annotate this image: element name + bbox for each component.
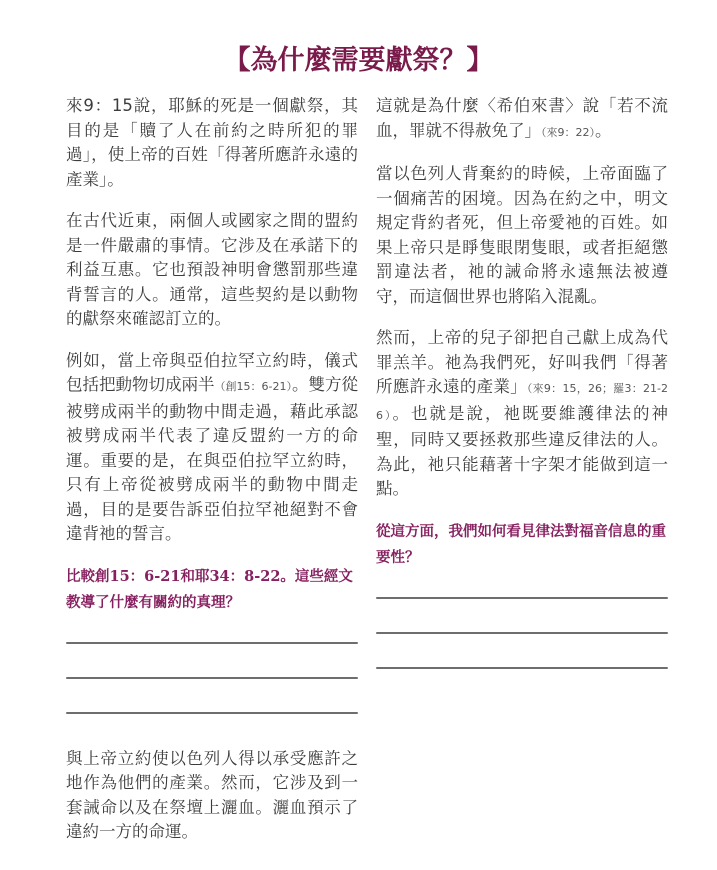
paragraph-hebrews-9-22: 這就是為什麼〈希伯來書〉說「若不流血，罪就不得赦免了」（來9：22）。 <box>376 94 668 145</box>
paragraph-text: 。雙方從被劈成兩半的動物中間走過，藉此承認被劈成兩半代表了違反盟約一方的命運。重… <box>66 375 358 543</box>
right-column: 這就是為什麼〈希伯來書〉說「若不流血，罪就不得赦免了」（來9：22）。 當以色列… <box>376 94 668 702</box>
answer-line[interactable] <box>66 712 358 714</box>
scripture-reference: （創15：6-21） <box>215 380 292 393</box>
answer-line[interactable] <box>376 597 668 599</box>
answer-line[interactable] <box>376 632 668 634</box>
discussion-question-1: 比較創15：6-21和耶34：8-22。這些經文教導了什麼有關約的真理？ <box>66 564 358 616</box>
paragraph-son-sacrifice: 然而，上帝的兒子卻把自己獻上成為代罪羔羊。祂為我們死，好叫我們「得著所應許永遠的… <box>376 326 668 502</box>
paragraph-hebrews-9-15: 來9：15說，耶穌的死是一個獻祭，其目的是「贖了人在前約之時所犯的罪過」，使上帝… <box>66 94 358 192</box>
answer-line[interactable] <box>66 677 358 679</box>
paragraph-abraham-covenant: 例如，當上帝與亞伯拉罕立約時，儀式包括把動物切成兩半（創15：6-21）。雙方從… <box>66 349 358 547</box>
paragraph-text: 。 <box>595 121 612 140</box>
answer-line[interactable] <box>66 642 358 644</box>
paragraph-covenant-blood: 與上帝立約使以色列人得以承受應許之地作為他們的產業。然而，它涉及到一套誡命以及在… <box>66 747 358 845</box>
answer-line[interactable] <box>376 667 668 669</box>
paragraph-ancient-covenants: 在古代近東，兩個人或國家之間的盟約是一件嚴肅的事情。它涉及在承諾下的利益互惠。它… <box>66 209 358 332</box>
page-title: 【為什麼需要獻祭？】 <box>0 38 717 77</box>
left-column: 來9：15說，耶穌的死是一個獻祭，其目的是「贖了人在前約之時所犯的罪過」，使上帝… <box>66 94 358 862</box>
paragraph-text: 。也就是說，祂既要維護律法的神聖，同時又要拯救那些違反律法的人。為此，祂只能藉著… <box>376 404 668 499</box>
scripture-reference: （來9：22） <box>541 126 595 139</box>
paragraph-gods-dilemma: 當以色列人背棄約的時候，上帝面臨了一個痛苦的困境。因為在約之中，明文規定背約者死… <box>376 162 668 309</box>
discussion-question-2: 從這方面，我們如何看見律法對福音信息的重要性？ <box>376 519 668 571</box>
paragraph-text: 這就是為什麼〈希伯來書〉說「若不流血，罪就不得赦免了」 <box>376 96 668 140</box>
